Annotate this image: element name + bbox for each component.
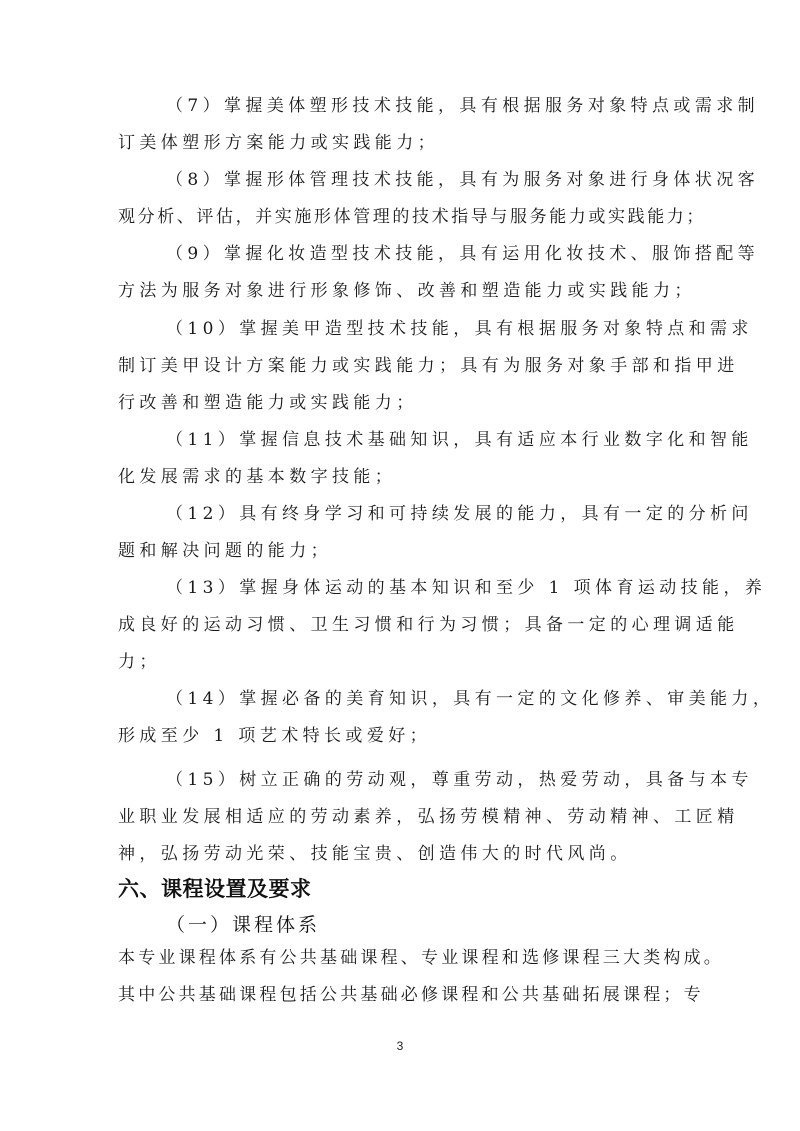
item-11-line-1: （11）掌握信息技术基础知识，具有适应本行业数字化和智能 — [166, 429, 753, 451]
item-14-line-1: （14）掌握必备的美育知识，具有一定的文化修养、审美能力， — [166, 688, 774, 710]
item-7-line-1: （7）掌握美体塑形技术技能，具有根据服务对象特点或需求制 — [166, 95, 759, 117]
item-13-line-2: 成良好的运动习惯、卫生习惯和行为习惯；具备一定的心理调适能 — [118, 614, 739, 636]
item-10-line-2: 制订美甲设计方案能力或实践能力；具有为服务对象手部和指甲进 — [118, 355, 739, 377]
item-8-line-1: （8）掌握形体管理技术技能，具有为服务对象进行身体状况客 — [166, 169, 759, 191]
section-body-line-1: 本专业课程体系有公共基础课程、专业课程和选修课程三大类构成。 — [118, 947, 724, 969]
item-9-line-1: （9）掌握化妆造型技术技能，具有运用化妆技术、服饰搭配等 — [166, 243, 759, 265]
section-body-line-2: 其中公共基础课程包括公共基础必修课程和公共基础拓展课程；专 — [118, 984, 704, 1006]
document-page: （7）掌握美体塑形技术技能，具有根据服务对象特点或需求制 订美体塑形方案能力或实… — [0, 0, 800, 1131]
item-12-line-2: 题和解决问题的能力； — [118, 540, 332, 562]
item-11-line-2: 化发展需求的基本数字技能； — [118, 466, 396, 488]
item-13-line-3: 力； — [118, 651, 161, 673]
item-15-line-1: （15）树立正确的劳动观，尊重劳动，热爱劳动，具备与本专 — [166, 769, 753, 791]
page-number: 3 — [0, 1039, 800, 1053]
subsection-heading: （一）课程体系 — [166, 913, 320, 937]
item-13-line-1: （13）掌握身体运动的基本知识和至少 1 项体育运动技能，养 — [166, 577, 766, 599]
item-10-line-3: 行改善和塑造能力或实践能力； — [118, 392, 418, 414]
item-7-line-2: 订美体塑形方案能力或实践能力； — [118, 132, 439, 154]
item-8-line-2: 观分析、评估，并实施形体管理的技术指导与服务能力或实践能力； — [118, 206, 706, 228]
item-12-line-1: （12）具有终身学习和可持续发展的能力，具有一定的分析问 — [166, 503, 753, 525]
item-15-line-3: 神，弘扬劳动光荣、技能宝贵、创造伟大的时代风尚。 — [118, 843, 632, 865]
section-heading: 六、课程设置及要求 — [118, 876, 312, 902]
item-14-line-2: 形成至少 1 项艺术特长或爱好； — [118, 725, 431, 747]
item-10-line-1: （10）掌握美甲造型技术技能，具有根据服务对象特点和需求 — [166, 318, 753, 340]
item-15-line-2: 业职业发展相适应的劳动素养，弘扬劳模精神、劳动精神、工匠精 — [118, 806, 739, 828]
item-9-line-2: 方法为服务对象进行形象修饰、改善和塑造能力或实践能力； — [118, 280, 696, 302]
